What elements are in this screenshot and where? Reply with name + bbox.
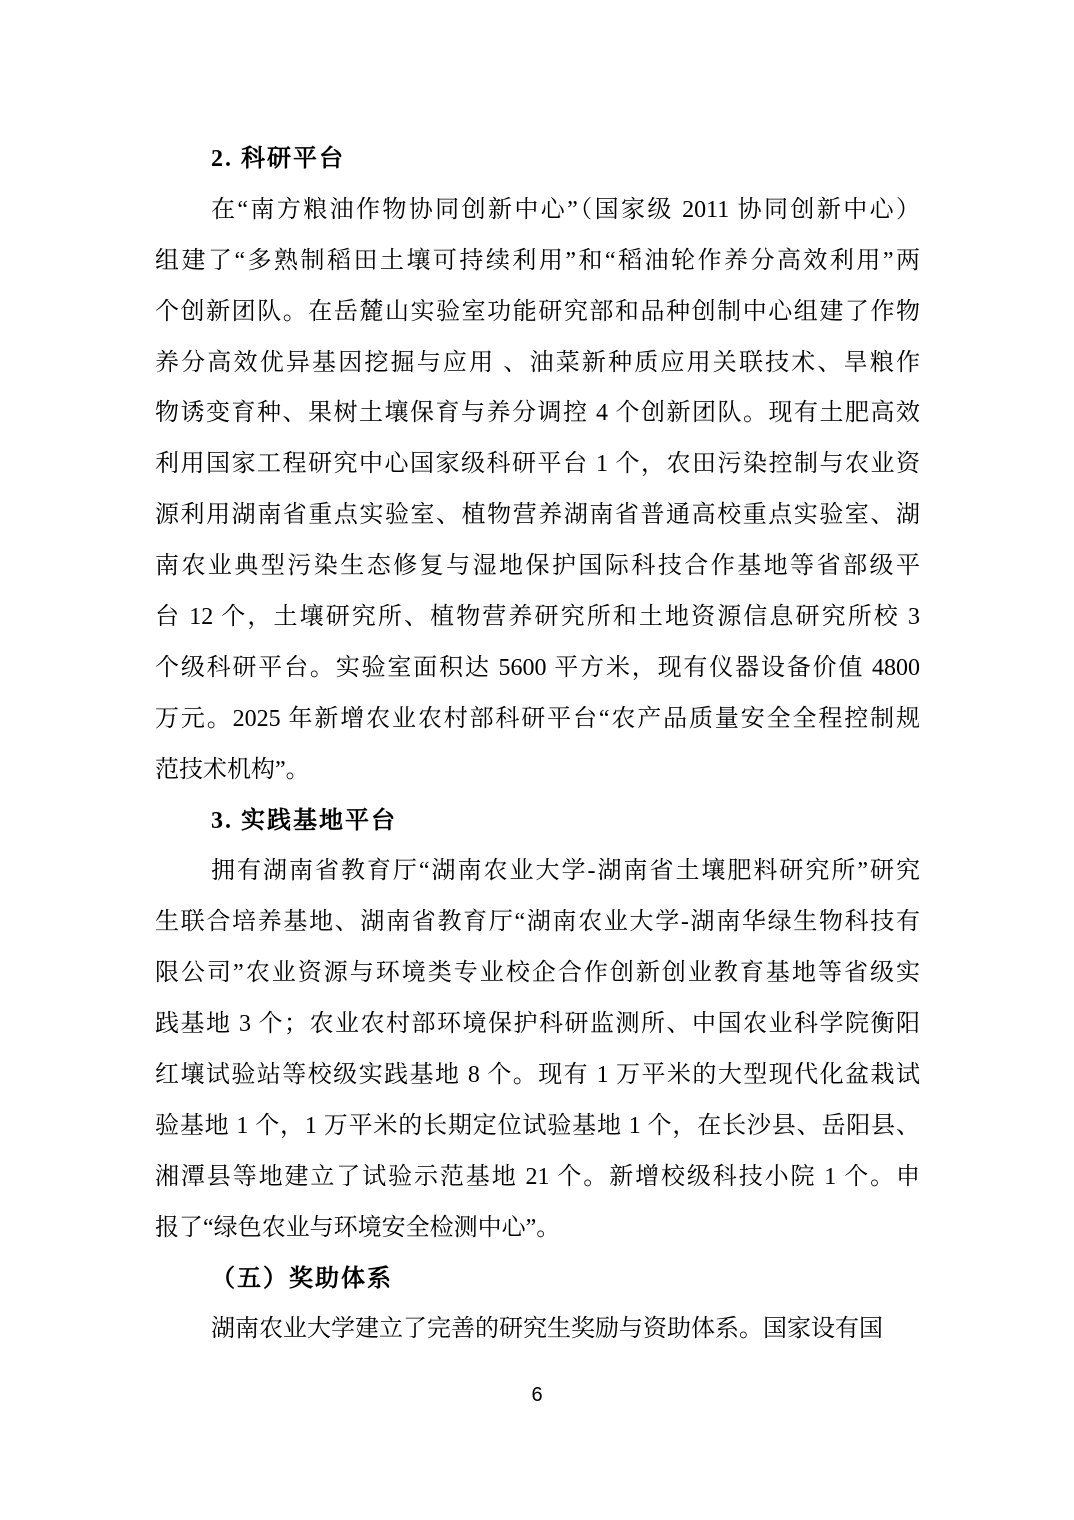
paragraph-line: 在“南方粮油作物协同创新中心”（国家级 2011 协同创新中心） (155, 185, 920, 236)
paragraph-line: 利用国家工程研究中心国家级科研平台 1 个，农田污染控制与农业资 (155, 439, 920, 490)
paragraph: 在“南方粮油作物协同创新中心”（国家级 2011 协同创新中心）组建了“多熟制稻… (155, 185, 920, 796)
paragraph-line: 物诱变育种、果树土壤保育与养分调控 4 个创新团队。现有土肥高效 (155, 388, 920, 439)
paragraph-line: 万元。2025 年新增农业农村部科研平台“农产品质量安全全程控制规 (155, 694, 920, 745)
paragraph-line: 红壤试验站等校级实践基地 8 个。现有 1 万平米的大型现代化盆栽试 (155, 1050, 920, 1101)
paragraph-line: 养分高效优异基因挖掘与应用 、油菜新种质应用关联技术、旱粮作 (155, 338, 920, 389)
paragraph-line: 践基地 3 个；农业农村部环境保护科研监测所、中国农业科学院衡阳 (155, 999, 920, 1050)
paragraph-line: 限公司”农业资源与环境类专业校企合作创新创业教育基地等省级实 (155, 948, 920, 999)
paragraph-line: 拥有湖南省教育厅“湖南农业大学-湖南省土壤肥料研究所”研究 (155, 846, 920, 897)
paragraph-line: 台 12 个，土壤研究所、植物营养研究所和土地资源信息研究所校 3 (155, 592, 920, 643)
paragraph-line: 湖南农业大学建立了完善的研究生奖励与资助体系。国家设有国 (155, 1304, 920, 1355)
section-heading: （五）奖助体系 (155, 1254, 920, 1305)
paragraph-line: 南农业典型污染生态修复与湿地保护国际科技合作基地等省部级平 (155, 541, 920, 592)
paragraph-line: 生联合培养基地、湖南省教育厅“湖南农业大学-湖南华绿生物科技有 (155, 897, 920, 948)
section-heading: 2. 科研平台 (155, 134, 920, 185)
paragraph: 拥有湖南省教育厅“湖南农业大学-湖南省土壤肥料研究所”研究生联合培养基地、湖南省… (155, 846, 920, 1253)
paragraph: 湖南农业大学建立了完善的研究生奖励与资助体系。国家设有国 (155, 1304, 920, 1355)
paragraph-line: 源利用湖南省重点实验室、植物营养湖南省普通高校重点实验室、湖 (155, 490, 920, 541)
paragraph-line: 报了“绿色农业与环境安全检测中心”。 (155, 1203, 920, 1254)
paragraph-line: 个创新团队。在岳麓山实验室功能研究部和品种创制中心组建了作物 (155, 287, 920, 338)
paragraph-line: 范技术机构”。 (155, 745, 920, 796)
paragraph-line: 验基地 1 个，1 万平米的长期定位试验基地 1 个，在长沙县、岳阳县、 (155, 1101, 920, 1152)
document-page: 2. 科研平台在“南方粮油作物协同创新中心”（国家级 2011 协同创新中心）组… (0, 0, 1074, 1520)
section-heading: 3. 实践基地平台 (155, 796, 920, 847)
page-footer: 6 (0, 1384, 1074, 1407)
page-number: 6 (531, 1384, 542, 1406)
paragraph-line: 组建了“多熟制稻田土壤可持续利用”和“稻油轮作养分高效利用”两 (155, 236, 920, 287)
paragraph-line: 个级科研平台。实验室面积达 5600 平方米，现有仪器设备价值 4800 (155, 643, 920, 694)
paragraph-line: 湘潭县等地建立了试验示范基地 21 个。新增校级科技小院 1 个。申 (155, 1152, 920, 1203)
document-text-block: 2. 科研平台在“南方粮油作物协同创新中心”（国家级 2011 协同创新中心）组… (155, 134, 920, 1355)
